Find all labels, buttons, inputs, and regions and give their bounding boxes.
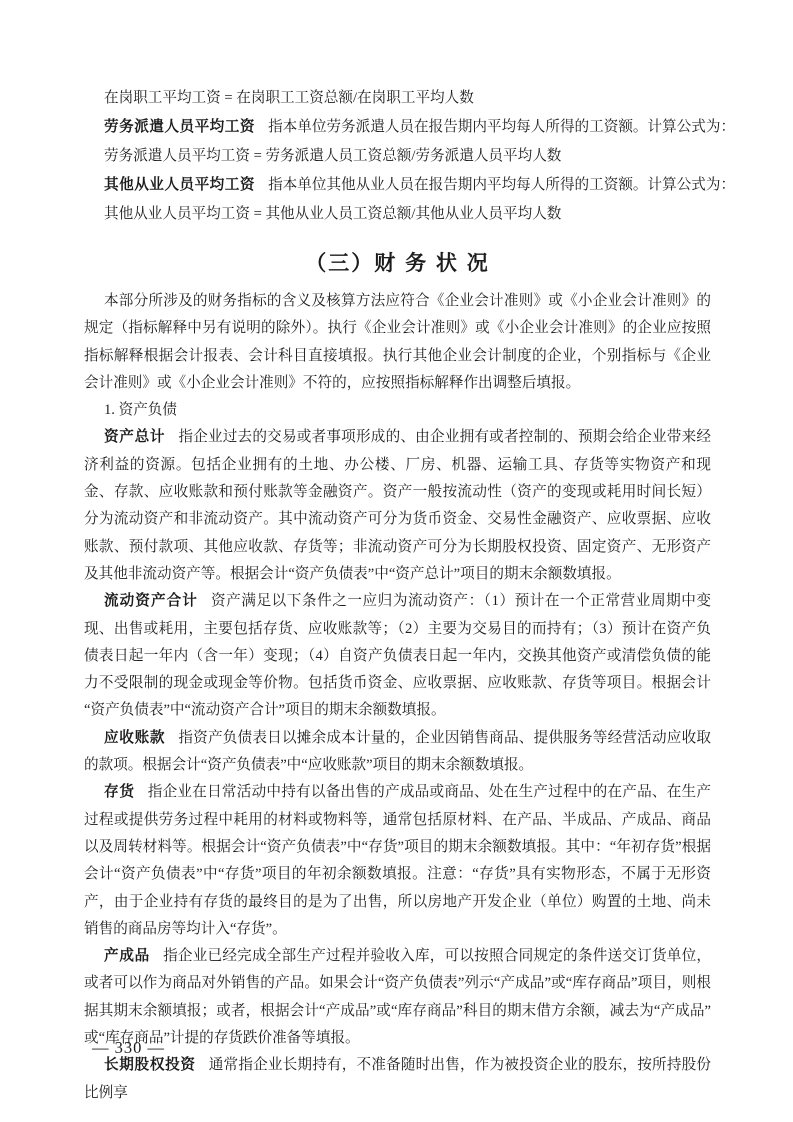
term-label: 资产总计 <box>104 429 165 445</box>
definition-paragraph-finished-goods: 产成品指企业已经完成全部生产过程并验收入库，可以按照合同规定的条件送交订货单位，… <box>84 943 711 1052</box>
term-definition: 资产满足以下条件之一应归为流动资产：（1）预计在一个正常营业周期中变现、出售或耗… <box>84 593 711 718</box>
definition-paragraph-current-assets: 流动资产合计资产满足以下条件之一应归为流动资产：（1）预计在一个正常营业周期中变… <box>84 588 711 724</box>
definition-paragraph-assets-total: 资产总计指企业过去的交易或者事项形成的、由企业拥有或者控制的、预期会给企业带来经… <box>84 424 711 588</box>
definition-paragraph-long-term-equity-investment: 长期股权投资通常指企业长期持有，不准备随时出售，作为被投资企业的股东，按所持股份… <box>84 1052 711 1107</box>
term-definition: 指本单位其他从业人员在报告期内平均每人所得的工资额。计算公式为： <box>268 177 735 193</box>
wage-term-line: 其他从业人员平均工资指本单位其他从业人员在报告期内平均每人所得的工资额。计算公式… <box>84 171 711 200</box>
intro-paragraph: 本部分所涉及的财务指标的含义及核算方法应符合《企业会计准则》或《小企业会计准则》… <box>84 288 711 397</box>
term-definition: 指企业已经完成全部生产过程并验收入库，可以按照合同规定的条件送交订货单位，或者可… <box>84 948 711 1046</box>
term-label: 应收账款 <box>104 730 165 746</box>
term-label: 存货 <box>104 784 135 800</box>
definition-paragraph-inventory: 存货指企业在日常活动中持有以备出售的产成品或商品、处在生产过程中的在产品、在生产… <box>84 779 711 943</box>
term-definition: 指企业在日常活动中持有以备出售的产成品或商品、处在生产过程中的在产品、在生产过程… <box>84 784 711 936</box>
term-definition: 指资产负债表日以摊余成本计量的，企业因销售商品、提供服务等经营活动应收取的款项。… <box>84 730 711 773</box>
subsection-title: 1. 资产负债 <box>84 397 711 424</box>
page-content: 在岗职工平均工资 = 在岗职工工资总额/在岗职工平均人数 劳务派遣人员平均工资指… <box>84 84 711 1107</box>
section-heading: （三）财 务 状 况 <box>84 250 711 278</box>
wage-definitions-block: 在岗职工平均工资 = 在岗职工工资总额/在岗职工平均人数 劳务派遣人员平均工资指… <box>84 84 711 229</box>
definition-paragraph-accounts-receivable: 应收账款指资产负债表日以摊余成本计量的，企业因销售商品、提供服务等经营活动应收取… <box>84 725 711 780</box>
wage-term-line: 劳务派遣人员平均工资指本单位劳务派遣人员在报告期内平均每人所得的工资额。计算公式… <box>84 113 711 142</box>
wage-formula-line: 在岗职工平均工资 = 在岗职工工资总额/在岗职工平均人数 <box>84 84 711 113</box>
term-label: 产成品 <box>104 948 150 964</box>
wage-formula-line: 其他从业人员平均工资 = 其他从业人员工资总额/其他从业人员平均人数 <box>84 200 711 229</box>
document-page: 在岗职工平均工资 = 在岗职工工资总额/在岗职工平均人数 劳务派遣人员平均工资指… <box>0 0 793 1122</box>
term-definition: 指本单位劳务派遣人员在报告期内平均每人所得的工资额。计算公式为： <box>268 119 735 135</box>
page-number: — 330 — <box>92 1038 165 1058</box>
term-label: 流动资产合计 <box>104 593 198 609</box>
term-definition: 指企业过去的交易或者事项形成的、由企业拥有或者控制的、预期会给企业带来经济利益的… <box>84 429 711 581</box>
term-label: 长期股权投资 <box>104 1057 196 1073</box>
term-label: 劳务派遣人员平均工资 <box>104 119 255 135</box>
term-label: 其他从业人员平均工资 <box>104 177 255 193</box>
wage-formula-line: 劳务派遣人员平均工资 = 劳务派遣人员工资总额/劳务派遣人员平均人数 <box>84 142 711 171</box>
